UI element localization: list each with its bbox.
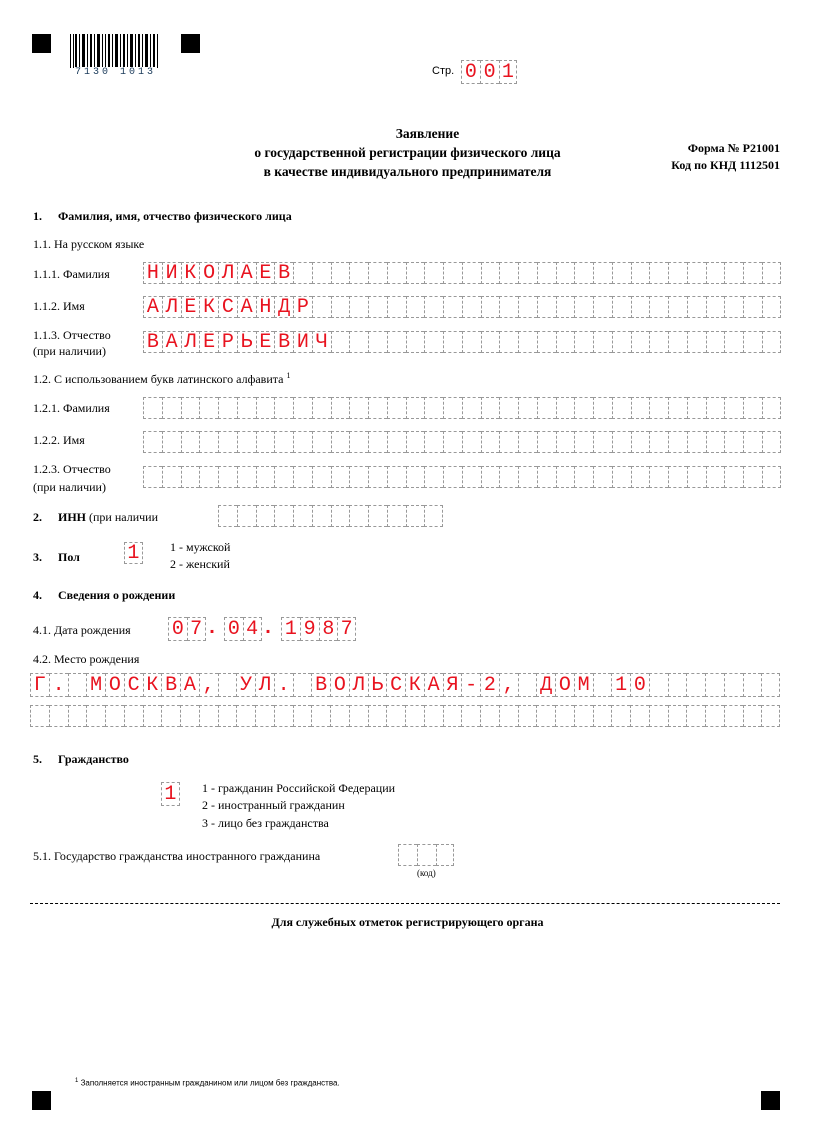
char-cell: И	[162, 262, 181, 284]
char-cell	[556, 466, 575, 488]
lat-patronymic-label: 1.2.3. Отчество	[33, 462, 111, 477]
name-field[interactable]: АЛЕКСАНДР	[143, 296, 781, 318]
char-cell	[462, 397, 481, 419]
char-cell	[349, 505, 368, 527]
char-cell	[462, 296, 481, 318]
char-cell	[424, 397, 443, 419]
char-cell	[556, 431, 575, 453]
char-cell	[574, 431, 593, 453]
char-cell	[462, 431, 481, 453]
char-cell: В	[311, 673, 330, 697]
char-cell	[724, 397, 743, 419]
char-cell	[293, 673, 312, 697]
char-cell	[537, 466, 556, 488]
char-cell	[30, 705, 49, 727]
char-cell	[686, 673, 705, 697]
page-number-field[interactable]: 0 0 1	[461, 60, 517, 82]
char-cell: 7	[337, 617, 356, 641]
char-cell: Л	[218, 262, 237, 284]
char-cell: С	[124, 673, 143, 697]
birth-place-line-2[interactable]	[30, 705, 780, 727]
lat-surname-label: 1.2.1. Фамилия	[33, 401, 110, 416]
char-cell	[349, 262, 368, 284]
char-cell	[406, 466, 425, 488]
char-cell	[574, 466, 593, 488]
char-cell	[331, 262, 350, 284]
char-cell	[293, 262, 312, 284]
char-cell	[349, 705, 368, 727]
char-cell	[68, 673, 87, 697]
char-cell	[556, 397, 575, 419]
char-cell	[668, 466, 687, 488]
barcode: 7130 1013	[70, 34, 158, 78]
char-cell	[462, 331, 481, 353]
char-cell	[68, 705, 87, 727]
lat-name-label: 1.2.2. Имя	[33, 433, 85, 448]
char-cell	[406, 505, 425, 527]
char-cell	[274, 505, 293, 527]
document-title: Заявление о государственной регистрации …	[0, 124, 815, 181]
char-cell	[593, 673, 612, 697]
footnote-ref: 1	[286, 371, 290, 380]
char-cell	[387, 262, 406, 284]
char-cell	[631, 466, 650, 488]
char-cell	[387, 296, 406, 318]
char-cell	[743, 673, 762, 697]
char-cell	[398, 844, 417, 866]
char-cell	[218, 705, 237, 727]
char-cell	[162, 397, 181, 419]
gender-option-male: 1 - мужской	[170, 540, 230, 555]
char-cell	[518, 262, 537, 284]
char-cell: ,	[499, 673, 518, 697]
char-cell	[312, 431, 331, 453]
char-cell	[461, 705, 480, 727]
char-cell	[405, 705, 424, 727]
char-cell	[743, 262, 762, 284]
char-cell	[406, 331, 425, 353]
char-cell: 1	[124, 542, 143, 564]
citizenship-option-3: 3 - лицо без гражданства	[202, 816, 329, 831]
citizenship-field[interactable]: 1	[161, 782, 180, 804]
char-cell	[518, 296, 537, 318]
char-cell	[218, 431, 237, 453]
char-cell	[424, 331, 443, 353]
char-cell	[612, 431, 631, 453]
char-cell	[761, 673, 780, 697]
birth-year-field[interactable]: 1987	[281, 617, 356, 639]
char-cell	[312, 397, 331, 419]
char-cell	[218, 466, 237, 488]
char-cell: Е	[181, 296, 200, 318]
char-cell: 8	[319, 617, 338, 641]
char-cell	[537, 431, 556, 453]
section-4-title: Сведения о рождении	[58, 588, 175, 603]
lat-surname-field[interactable]	[143, 397, 781, 419]
char-cell	[593, 397, 612, 419]
char-cell	[743, 397, 762, 419]
char-cell	[256, 505, 275, 527]
char-cell	[293, 705, 312, 727]
char-cell	[499, 331, 518, 353]
char-cell	[649, 296, 668, 318]
char-cell	[762, 397, 781, 419]
lat-name-field[interactable]	[143, 431, 781, 453]
char-cell: С	[218, 296, 237, 318]
char-cell	[462, 262, 481, 284]
char-cell: 0	[224, 617, 243, 641]
char-cell	[649, 705, 668, 727]
char-cell	[481, 431, 500, 453]
char-cell	[631, 296, 650, 318]
char-cell: А	[424, 673, 443, 697]
char-cell	[312, 466, 331, 488]
char-cell	[706, 296, 725, 318]
char-cell: О	[555, 673, 574, 697]
patronymic-field[interactable]: ВАЛЕРЬЕВИЧ	[143, 331, 781, 353]
char-cell	[417, 844, 436, 866]
char-cell	[574, 262, 593, 284]
char-cell: 1	[611, 673, 630, 697]
char-cell	[706, 466, 725, 488]
char-cell	[180, 705, 199, 727]
char-cell	[631, 331, 650, 353]
char-cell	[574, 705, 593, 727]
char-cell	[593, 296, 612, 318]
char-cell	[331, 505, 350, 527]
char-cell	[724, 296, 743, 318]
char-cell	[349, 331, 368, 353]
char-cell: Ь	[368, 673, 387, 697]
page-digit: 1	[499, 60, 518, 84]
birth-day-field[interactable]: 07	[168, 617, 206, 639]
surname-field[interactable]: НИКОЛАЕВ	[143, 262, 781, 284]
char-cell	[368, 397, 387, 419]
char-cell	[724, 431, 743, 453]
char-cell	[331, 397, 350, 419]
char-cell: 7	[187, 617, 206, 641]
char-cell: У	[236, 673, 255, 697]
char-cell	[687, 466, 706, 488]
char-cell	[499, 466, 518, 488]
char-cell: Е	[256, 262, 275, 284]
char-cell	[349, 296, 368, 318]
char-cell	[631, 431, 650, 453]
footnote: 1 Заполняется иностранным гражданином ил…	[75, 1078, 340, 1088]
section-3-title: Пол	[58, 550, 80, 565]
char-cell: А	[143, 296, 162, 318]
char-cell: .	[274, 673, 293, 697]
char-cell	[555, 705, 574, 727]
inn-field[interactable]	[218, 505, 443, 527]
char-cell	[387, 466, 406, 488]
char-cell	[311, 705, 330, 727]
char-cell	[611, 705, 630, 727]
char-cell	[406, 296, 425, 318]
char-cell	[706, 397, 725, 419]
char-cell	[181, 431, 200, 453]
inn-note: (при наличии	[89, 510, 158, 524]
char-cell	[349, 431, 368, 453]
char-cell: С	[386, 673, 405, 697]
char-cell	[256, 397, 275, 419]
char-cell	[480, 705, 499, 727]
char-cell: Д	[274, 296, 293, 318]
char-cell	[368, 505, 387, 527]
char-cell	[424, 466, 443, 488]
section-1-title: Фамилия, имя, отчество физического лица	[58, 209, 292, 224]
char-cell: Е	[256, 331, 275, 353]
char-cell	[518, 673, 537, 697]
char-cell	[237, 466, 256, 488]
birth-place-line-1[interactable]: Г.МОСКВА,УЛ.ВОЛЬСКАЯ-2,ДОМ10	[30, 673, 780, 695]
char-cell: ,	[199, 673, 218, 697]
char-cell	[105, 705, 124, 727]
char-cell	[668, 397, 687, 419]
char-cell	[349, 466, 368, 488]
char-cell	[499, 705, 518, 727]
date-separator: .	[206, 617, 218, 640]
birth-place-label: 4.2. Место рождения	[33, 652, 139, 667]
char-cell: Л	[349, 673, 368, 697]
char-cell	[499, 431, 518, 453]
char-cell	[537, 331, 556, 353]
char-cell: Н	[256, 296, 275, 318]
char-cell: О	[105, 673, 124, 697]
char-cell	[686, 705, 705, 727]
char-cell	[612, 466, 631, 488]
char-cell	[593, 331, 612, 353]
char-cell	[593, 431, 612, 453]
char-cell	[518, 431, 537, 453]
char-cell	[762, 466, 781, 488]
char-cell	[612, 262, 631, 284]
lat-patronymic-note: (при наличии)	[33, 480, 106, 495]
name-label: 1.1.2. Имя	[33, 299, 85, 314]
title-line-3: в качестве индивидуального предпринимате…	[0, 162, 815, 181]
char-cell: .	[49, 673, 68, 697]
char-cell	[424, 296, 443, 318]
section-4-number: 4.	[33, 588, 42, 603]
foreign-state-code-field[interactable]	[398, 844, 454, 866]
char-cell	[649, 673, 668, 697]
char-cell	[743, 431, 762, 453]
char-cell	[406, 397, 425, 419]
char-cell: К	[199, 296, 218, 318]
char-cell	[199, 705, 218, 727]
char-cell	[593, 705, 612, 727]
char-cell	[481, 296, 500, 318]
char-cell	[724, 262, 743, 284]
char-cell	[724, 705, 743, 727]
char-cell: Д	[536, 673, 555, 697]
char-cell: К	[143, 673, 162, 697]
char-cell: М	[574, 673, 593, 697]
char-cell: Г	[30, 673, 49, 697]
char-cell	[687, 331, 706, 353]
patronymic-label: 1.1.3. Отчество	[33, 328, 111, 343]
registration-marker-top-right	[181, 34, 200, 53]
char-cell	[743, 466, 762, 488]
section-2-number: 2.	[33, 510, 42, 525]
section-1-number: 1.	[33, 209, 42, 224]
foreign-state-label: 5.1. Государство гражданства иностранног…	[33, 849, 320, 864]
char-cell: А	[237, 296, 256, 318]
char-cell: О	[330, 673, 349, 697]
char-cell	[368, 466, 387, 488]
birth-date-label: 4.1. Дата рождения	[33, 623, 131, 638]
char-cell	[668, 705, 687, 727]
char-cell	[668, 673, 687, 697]
char-cell	[293, 431, 312, 453]
char-cell	[143, 466, 162, 488]
code-caption: (код)	[417, 868, 436, 878]
char-cell	[181, 397, 200, 419]
char-cell	[124, 705, 143, 727]
char-cell	[293, 397, 312, 419]
char-cell	[706, 262, 725, 284]
char-cell	[724, 466, 743, 488]
char-cell	[312, 262, 331, 284]
char-cell	[443, 705, 462, 727]
char-cell: К	[405, 673, 424, 697]
char-cell	[574, 331, 593, 353]
citizenship-option-2: 2 - иностранный гражданин	[202, 798, 345, 813]
char-cell	[630, 705, 649, 727]
char-cell: В	[143, 331, 162, 353]
char-cell: В	[161, 673, 180, 697]
char-cell	[556, 331, 575, 353]
char-cell	[274, 705, 293, 727]
char-cell	[743, 705, 762, 727]
char-cell	[762, 331, 781, 353]
char-cell	[762, 296, 781, 318]
char-cell	[424, 705, 443, 727]
char-cell	[256, 466, 275, 488]
char-cell	[536, 705, 555, 727]
char-cell: Н	[143, 262, 162, 284]
birth-month-field[interactable]: 04	[224, 617, 262, 639]
char-cell	[387, 397, 406, 419]
char-cell	[218, 505, 237, 527]
char-cell	[761, 705, 780, 727]
char-cell: 4	[243, 617, 262, 641]
char-cell: Л	[255, 673, 274, 697]
page-digit: 0	[461, 60, 480, 84]
char-cell	[274, 431, 293, 453]
char-cell	[706, 331, 725, 353]
char-cell	[668, 431, 687, 453]
char-cell	[256, 431, 275, 453]
char-cell	[574, 296, 593, 318]
char-cell	[593, 262, 612, 284]
char-cell: Е	[199, 331, 218, 353]
char-cell	[162, 431, 181, 453]
char-cell	[724, 331, 743, 353]
section-5-title: Гражданство	[58, 752, 129, 767]
char-cell	[705, 673, 724, 697]
char-cell	[331, 331, 350, 353]
char-cell	[518, 397, 537, 419]
char-cell	[743, 331, 762, 353]
char-cell: М	[86, 673, 105, 697]
char-cell: Ч	[312, 331, 331, 353]
section-3-number: 3.	[33, 550, 42, 565]
char-cell	[668, 331, 687, 353]
char-cell: В	[274, 262, 293, 284]
patronymic-note: (при наличии)	[33, 344, 106, 359]
char-cell: О	[199, 262, 218, 284]
gender-field[interactable]: 1	[124, 542, 143, 564]
char-cell	[649, 431, 668, 453]
char-cell	[274, 466, 293, 488]
char-cell	[687, 397, 706, 419]
char-cell	[649, 331, 668, 353]
char-cell	[687, 262, 706, 284]
char-cell: 0	[630, 673, 649, 697]
char-cell	[537, 397, 556, 419]
char-cell	[406, 431, 425, 453]
char-cell	[668, 262, 687, 284]
char-cell: 1	[281, 617, 300, 641]
char-cell	[255, 705, 274, 727]
char-cell	[499, 397, 518, 419]
char-cell	[724, 673, 743, 697]
char-cell: Я	[443, 673, 462, 697]
char-cell	[218, 397, 237, 419]
char-cell	[593, 466, 612, 488]
footnote-text: Заполняется иностранным гражданином или …	[81, 1079, 340, 1088]
char-cell	[274, 397, 293, 419]
page-label: Стр.	[432, 65, 454, 77]
registration-marker-top-left	[32, 34, 51, 53]
char-cell	[499, 296, 518, 318]
char-cell	[612, 296, 631, 318]
char-cell	[499, 262, 518, 284]
char-cell	[705, 705, 724, 727]
char-cell	[649, 466, 668, 488]
section-5-number: 5.	[33, 752, 42, 767]
lat-patronymic-field[interactable]	[143, 466, 781, 488]
char-cell	[218, 673, 237, 697]
char-cell	[181, 466, 200, 488]
char-cell	[368, 262, 387, 284]
char-cell	[143, 431, 162, 453]
char-cell	[312, 505, 331, 527]
char-cell	[518, 466, 537, 488]
barcode-bars-icon	[70, 34, 158, 68]
char-cell: Ь	[237, 331, 256, 353]
section-1-2-text: 1.2. С использованием букв латинского ал…	[33, 372, 283, 386]
char-cell	[762, 262, 781, 284]
char-cell	[436, 844, 455, 866]
char-cell: Р	[218, 331, 237, 353]
char-cell	[143, 705, 162, 727]
char-cell	[406, 262, 425, 284]
char-cell	[443, 431, 462, 453]
char-cell	[687, 296, 706, 318]
barcode-number: 7130 1013	[74, 67, 157, 78]
char-cell	[443, 331, 462, 353]
char-cell: В	[274, 331, 293, 353]
char-cell	[743, 296, 762, 318]
char-cell	[237, 397, 256, 419]
char-cell	[237, 505, 256, 527]
char-cell	[668, 296, 687, 318]
char-cell	[368, 705, 387, 727]
char-cell	[462, 466, 481, 488]
char-cell	[556, 262, 575, 284]
